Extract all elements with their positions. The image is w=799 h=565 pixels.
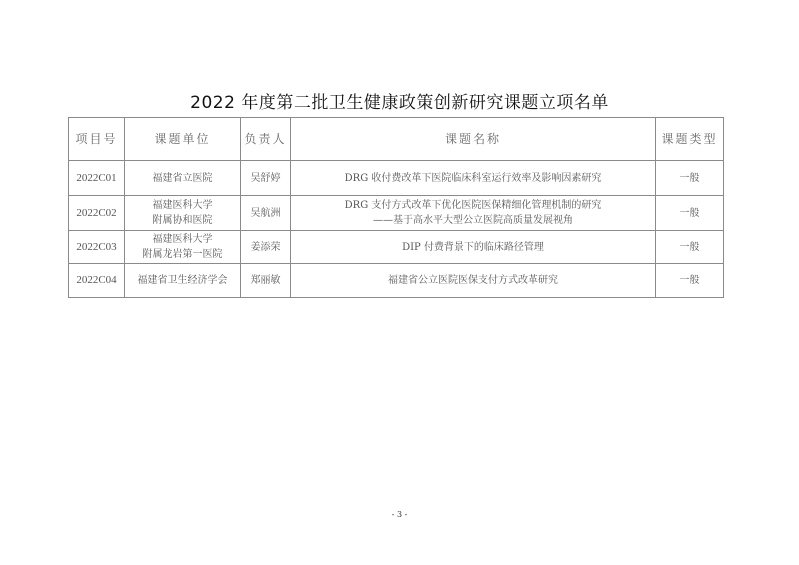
cell-project-name: 福建省公立医院医保支付方式改革研究	[291, 264, 656, 298]
cell-project-name: DRG 收付费改革下医院临床科室运行效率及影响因素研究	[291, 161, 656, 196]
unit-line: 福建省立医院	[125, 171, 240, 186]
cell-project-type: 一般	[656, 196, 724, 231]
cell-project-id: 2022C02	[69, 196, 125, 231]
cell-unit: 福建省卫生经济学会	[125, 264, 241, 298]
project-list-table: 项目号 课题单位 负责人 课题名称 课题类型 2022C01 福建省立医院 吴舒…	[68, 117, 724, 298]
cell-leader: 姜添荣	[241, 231, 291, 264]
header-unit: 课题单位	[125, 118, 241, 161]
cell-leader: 吴舒婷	[241, 161, 291, 196]
table-row: 2022C01 福建省立医院 吴舒婷 DRG 收付费改革下医院临床科室运行效率及…	[69, 161, 724, 196]
cell-leader: 吴航洲	[241, 196, 291, 231]
cell-project-name: DRG 支付方式改革下优化医院医保精细化管理机制的研究 ——基于高水平大型公立医…	[291, 196, 656, 231]
name-line: ——基于高水平大型公立医院高质量发展视角	[291, 213, 655, 228]
name-line: DRG 收付费改革下医院临床科室运行效率及影响因素研究	[291, 171, 655, 186]
cell-unit: 福建医科大学 附属协和医院	[125, 196, 241, 231]
cell-project-name: DIP 付费背景下的临床路径管理	[291, 231, 656, 264]
table-header-row: 项目号 课题单位 负责人 课题名称 课题类型	[69, 118, 724, 161]
unit-line: 附属协和医院	[125, 213, 240, 228]
unit-line: 福建医科大学	[125, 198, 240, 213]
unit-line: 福建省卫生经济学会	[125, 273, 240, 288]
unit-line: 附属龙岩第一医院	[125, 247, 240, 262]
table-row: 2022C03 福建医科大学 附属龙岩第一医院 姜添荣 DIP 付费背景下的临床…	[69, 231, 724, 264]
name-line: DRG 支付方式改革下优化医院医保精细化管理机制的研究	[291, 198, 655, 213]
name-line: 福建省公立医院医保支付方式改革研究	[291, 273, 655, 288]
document-title: 2022 年度第二批卫生健康政策创新研究课题立项名单	[0, 88, 799, 113]
table-row: 2022C02 福建医科大学 附属协和医院 吴航洲 DRG 支付方式改革下优化医…	[69, 196, 724, 231]
cell-project-id: 2022C03	[69, 231, 125, 264]
header-project-id: 项目号	[69, 118, 125, 161]
unit-line: 福建医科大学	[125, 232, 240, 247]
header-project-type: 课题类型	[656, 118, 724, 161]
cell-project-id: 2022C04	[69, 264, 125, 298]
cell-unit: 福建省立医院	[125, 161, 241, 196]
cell-unit: 福建医科大学 附属龙岩第一医院	[125, 231, 241, 264]
name-line: DIP 付费背景下的临床路径管理	[291, 240, 655, 255]
header-leader: 负责人	[241, 118, 291, 161]
header-project-name: 课题名称	[291, 118, 656, 161]
cell-project-type: 一般	[656, 264, 724, 298]
cell-project-type: 一般	[656, 161, 724, 196]
page-number: - 3 -	[0, 510, 799, 519]
cell-project-type: 一般	[656, 231, 724, 264]
table-row: 2022C04 福建省卫生经济学会 郑丽敏 福建省公立医院医保支付方式改革研究 …	[69, 264, 724, 298]
cell-leader: 郑丽敏	[241, 264, 291, 298]
cell-project-id: 2022C01	[69, 161, 125, 196]
